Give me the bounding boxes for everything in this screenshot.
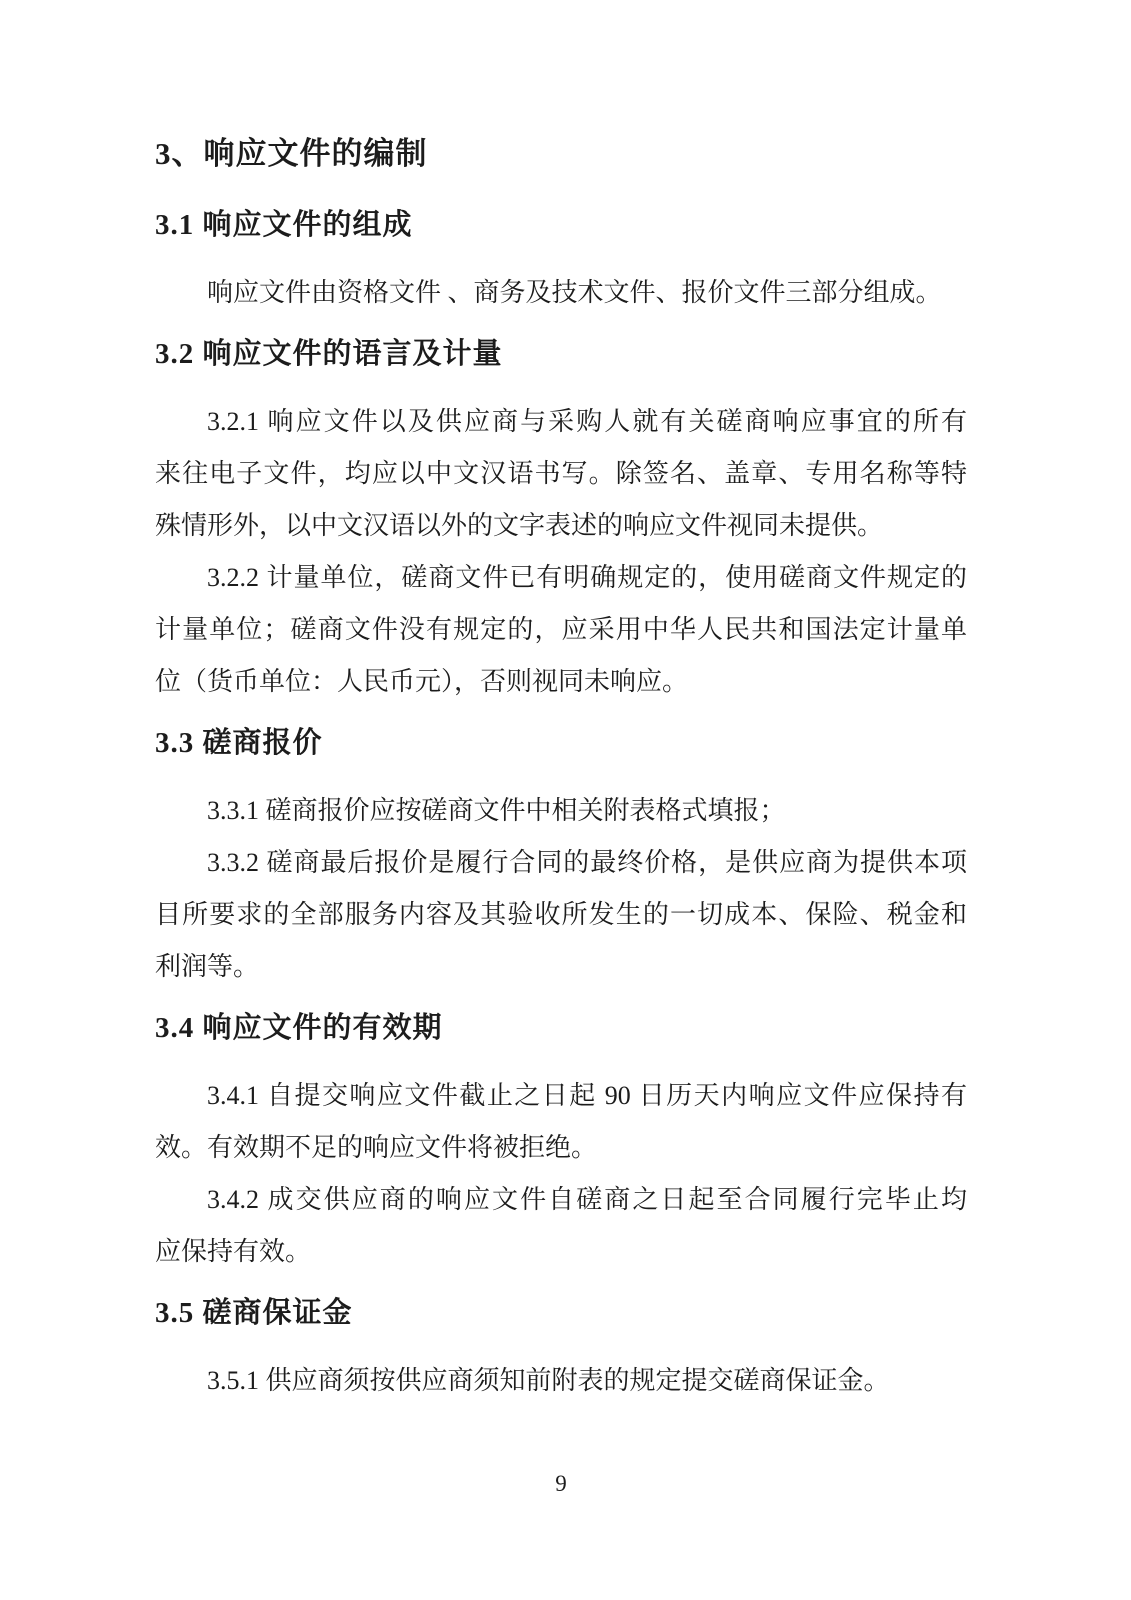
page-number: 9 xyxy=(155,1468,967,1500)
text-line: 来往电子文件，均应以中文汉语书写。除签名、盖章、专用名称等特 xyxy=(155,448,967,500)
text-line: 3.4.2 成交供应商的响应文件自磋商之日起至合同履行完毕止均 xyxy=(155,1174,967,1226)
text-line: 效。有效期不足的响应文件将被拒绝。 xyxy=(155,1122,967,1174)
paragraph-3-3-2: 3.3.2 磋商最后报价是履行合同的最终价格，是供应商为提供本项 目所要求的全部… xyxy=(155,837,967,993)
paragraph-3-1-intro: 响应文件由资格文件 、商务及技术文件、报价文件三部分组成。 xyxy=(155,267,967,319)
paragraph-3-5-1: 3.5.1 供应商须按供应商须知前附表的规定提交磋商保证金。 xyxy=(155,1355,967,1407)
text-line: 响应文件由资格文件 、商务及技术文件、报价文件三部分组成。 xyxy=(155,267,967,319)
text-line: 3.2.1 响应文件以及供应商与采购人就有关磋商响应事宜的所有 xyxy=(155,396,967,448)
doc-title: 3、响应文件的编制 xyxy=(155,127,967,180)
paragraph-3-2-2: 3.2.2 计量单位，磋商文件已有明确规定的，使用磋商文件规定的 计量单位；磋商… xyxy=(155,552,967,708)
text-line: 3.5.1 供应商须按供应商须知前附表的规定提交磋商保证金。 xyxy=(155,1355,967,1407)
text-line: 3.2.2 计量单位，磋商文件已有明确规定的，使用磋商文件规定的 xyxy=(155,552,967,604)
text-line: 应保持有效。 xyxy=(155,1226,967,1278)
text-line: 3.3.2 磋商最后报价是履行合同的最终价格，是供应商为提供本项 xyxy=(155,837,967,889)
paragraph-3-4-1: 3.4.1 自提交响应文件截止之日起 90 日历天内响应文件应保持有 效。有效期… xyxy=(155,1070,967,1174)
paragraph-3-2-1: 3.2.1 响应文件以及供应商与采购人就有关磋商响应事宜的所有 来往电子文件，均… xyxy=(155,396,967,552)
document-body: 3、响应文件的编制 3.1 响应文件的组成 响应文件由资格文件 、商务及技术文件… xyxy=(0,0,1122,1407)
text-line: 计量单位；磋商文件没有规定的，应采用中华人民共和国法定计量单 xyxy=(155,604,967,656)
heading-3-1: 3.1 响应文件的组成 xyxy=(155,199,967,252)
heading-3-2: 3.2 响应文件的语言及计量 xyxy=(155,328,967,381)
text-line: 3.4.1 自提交响应文件截止之日起 90 日历天内响应文件应保持有 xyxy=(155,1070,967,1122)
text-line: 殊情形外，以中文汉语以外的文字表述的响应文件视同未提供。 xyxy=(155,500,967,552)
text-line: 目所要求的全部服务内容及其验收所发生的一切成本、保险、税金和 xyxy=(155,889,967,941)
text-line: 位（货币单位：人民币元），否则视同未响应。 xyxy=(155,656,967,708)
text-line: 利润等。 xyxy=(155,941,967,993)
heading-3-5: 3.5 磋商保证金 xyxy=(155,1287,967,1340)
paragraph-3-3-1: 3.3.1 磋商报价应按磋商文件中相关附表格式填报； xyxy=(155,785,967,837)
text-line: 3.3.1 磋商报价应按磋商文件中相关附表格式填报； xyxy=(155,785,967,837)
heading-3-4: 3.4 响应文件的有效期 xyxy=(155,1002,967,1055)
document-page: 3、响应文件的编制 3.1 响应文件的组成 响应文件由资格文件 、商务及技术文件… xyxy=(0,0,1131,1600)
heading-3-3: 3.3 磋商报价 xyxy=(155,717,967,770)
paragraph-3-4-2: 3.4.2 成交供应商的响应文件自磋商之日起至合同履行完毕止均 应保持有效。 xyxy=(155,1174,967,1278)
